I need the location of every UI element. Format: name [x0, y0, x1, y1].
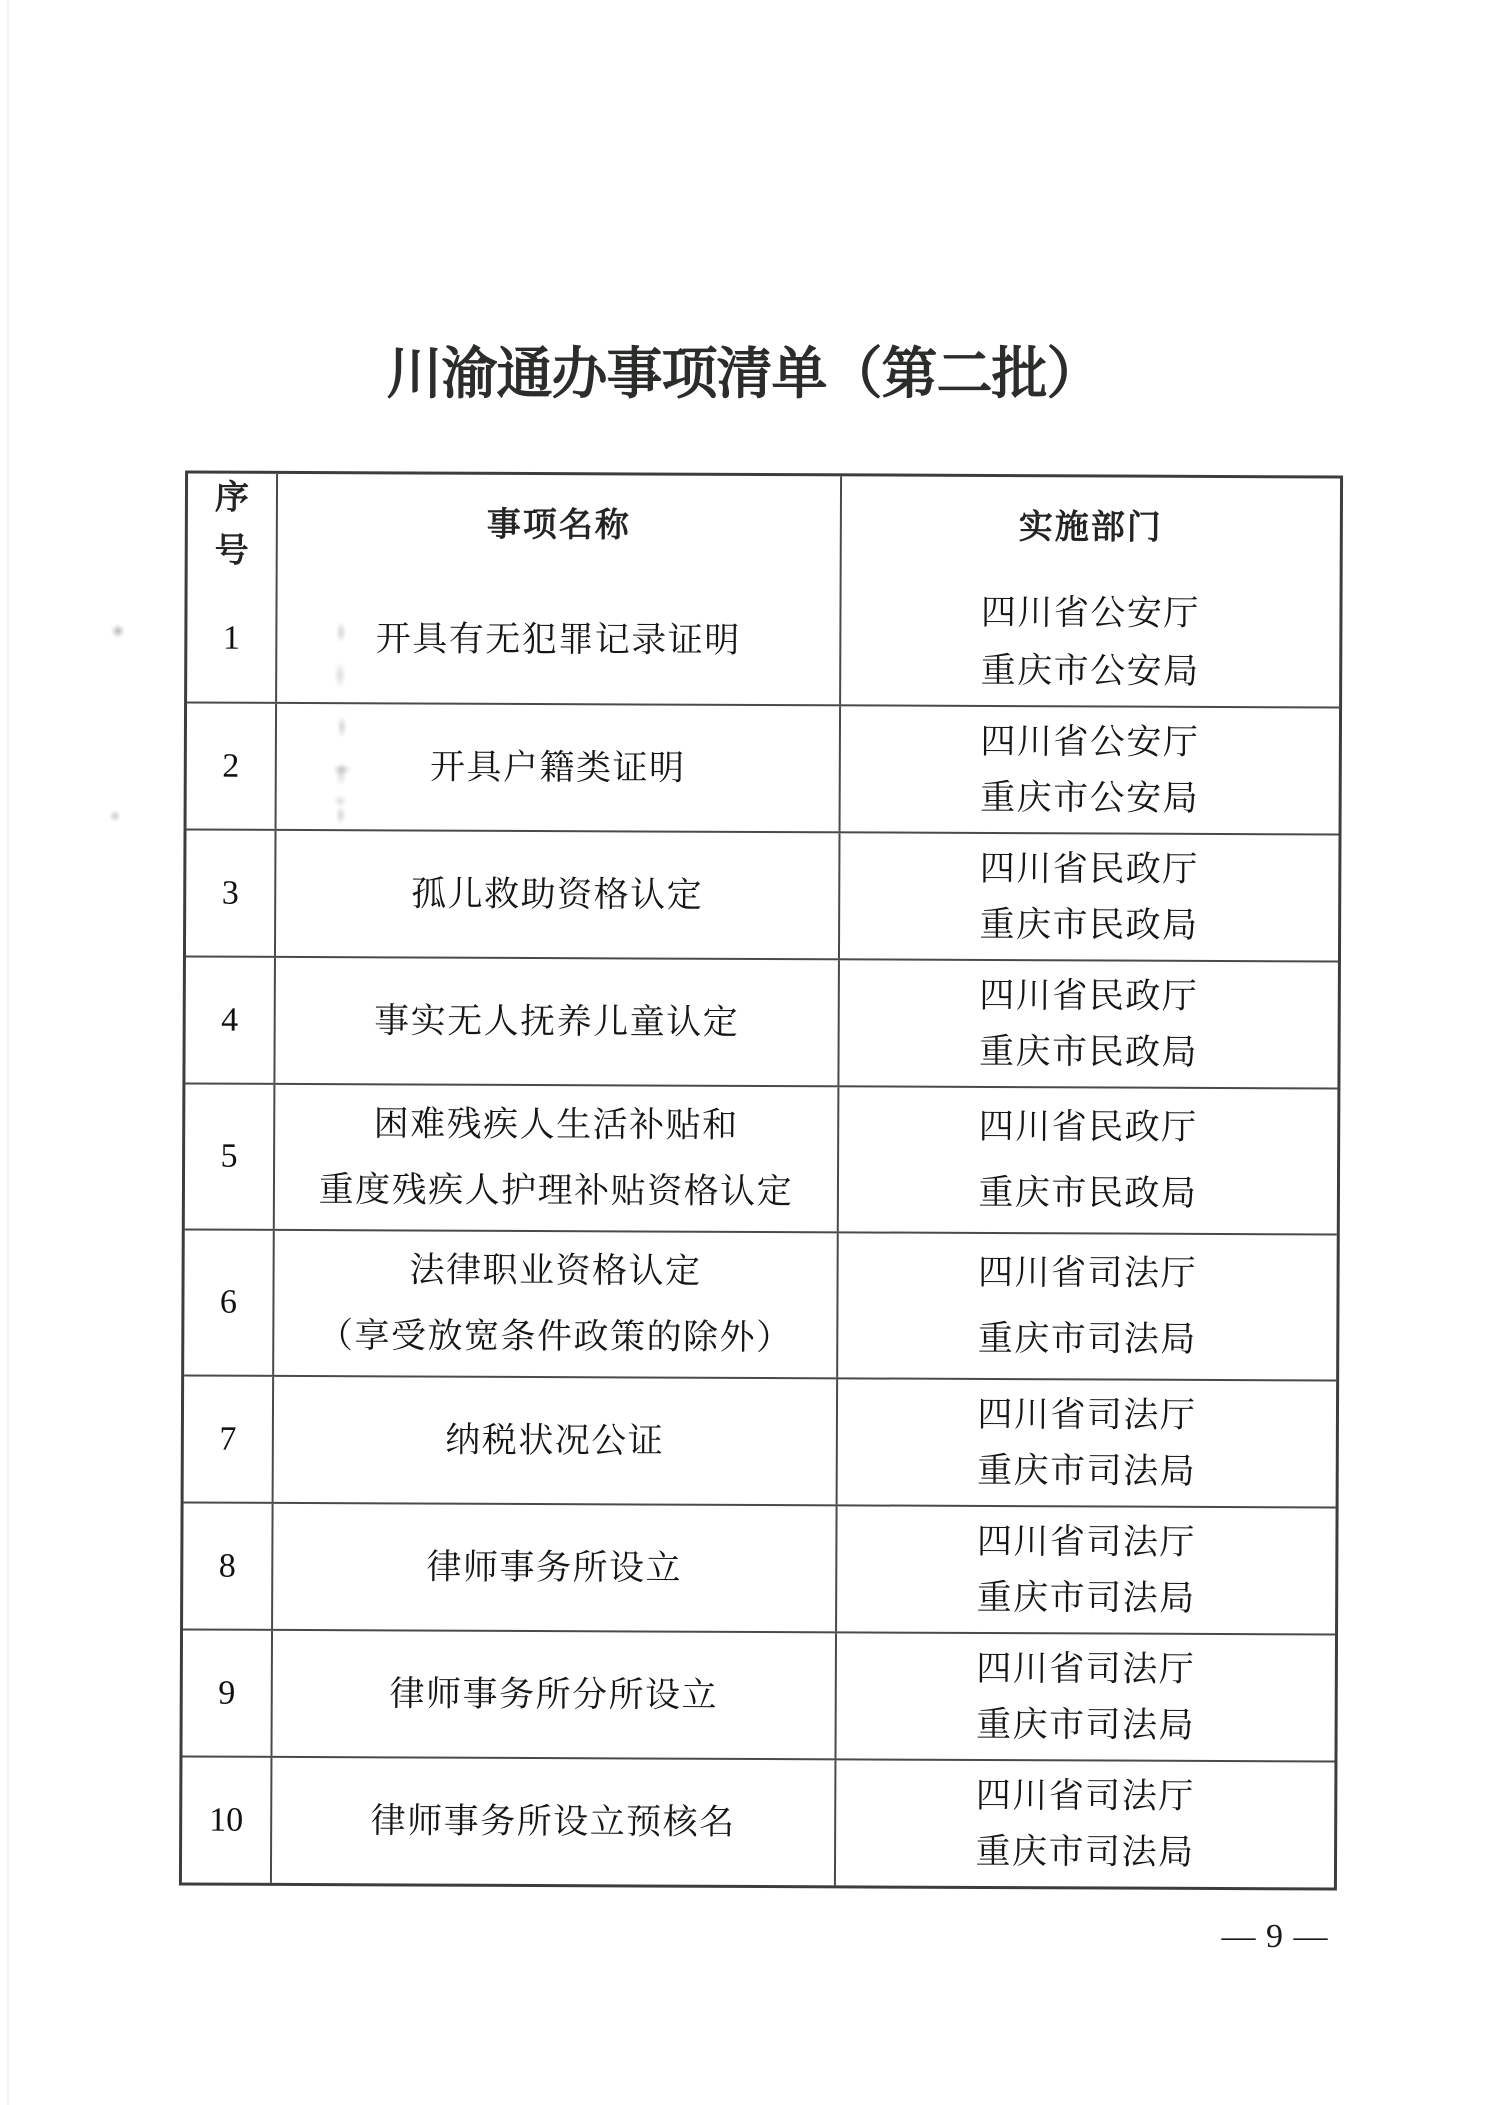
department-line: 重庆市司法局	[977, 1448, 1196, 1494]
item-name-line: 孤儿救助资格认定	[411, 871, 703, 918]
department-line: 重庆市民政局	[979, 1029, 1198, 1075]
item-name-line: 法律职业资格认定	[409, 1248, 701, 1295]
department-cell: 四川省司法厅重庆市司法局	[838, 1233, 1337, 1379]
header-index-label: 序号	[213, 473, 251, 574]
table-row: 10律师事务所设立预核名四川省司法厅重庆市司法局	[182, 1755, 1335, 1887]
item-name-cell: 困难残疾人生活补贴和重度残疾人护理补贴资格认定	[273, 1085, 840, 1231]
page-number: — 9 —	[1210, 1918, 1340, 1956]
department-line: 四川省司法厅	[977, 1518, 1196, 1564]
department-line: 四川省民政厅	[980, 845, 1199, 891]
department-cell: 四川省司法厅重庆市司法局	[838, 1379, 1337, 1506]
table-header-row: 序号 事项名称 实施部门	[188, 473, 1340, 579]
table-row: 3孤儿救助资格认定四川省民政厅重庆市民政局	[186, 828, 1339, 960]
table-body: 1开具有无犯罪记录证明四川省公安厅重庆市公安局2开具户籍类证明四川省公安厅重庆市…	[182, 574, 1340, 1887]
item-name-line: 律师事务所分所设立	[389, 1671, 718, 1718]
table-row: 6法律职业资格认定（享受放宽条件政策的除外）四川省司法厅重庆市司法局	[184, 1228, 1337, 1379]
department-cell: 四川省民政厅重庆市民政局	[840, 833, 1339, 960]
header-department-label: 实施部门	[1019, 501, 1163, 554]
row-index-cell: 10	[182, 1757, 271, 1882]
department-line: 重庆市公安局	[981, 647, 1200, 693]
department-line: 四川省公安厅	[980, 718, 1199, 764]
header-department-cell: 实施部门	[842, 476, 1340, 579]
department-cell: 四川省司法厅重庆市司法局	[836, 1760, 1335, 1887]
department-line: 四川省司法厅	[976, 1645, 1195, 1691]
row-index-cell: 6	[184, 1230, 273, 1374]
department-line: 四川省司法厅	[977, 1391, 1196, 1437]
item-name-cell: 纳税状况公证	[272, 1377, 839, 1504]
item-name-line: 律师事务所设立预核名	[371, 1798, 736, 1845]
department-cell: 四川省公安厅重庆市公安局	[841, 706, 1340, 833]
department-cell: 四川省民政厅重庆市民政局	[839, 1087, 1338, 1233]
department-cell: 四川省司法厅重庆市司法局	[837, 1506, 1336, 1633]
department-cell: 四川省民政厅重庆市民政局	[839, 960, 1338, 1087]
item-name-cell: 开具有无犯罪记录证明	[275, 575, 842, 704]
table-row: 4事实无人抚养儿童认定四川省民政厅重庆市民政局	[185, 955, 1338, 1087]
row-index: 10	[209, 1801, 243, 1839]
department-line: 四川省司法厅	[978, 1250, 1197, 1296]
department-line: 重庆市民政局	[980, 902, 1199, 948]
department-line: 四川省民政厅	[979, 1104, 1198, 1150]
item-name-line: 开具有无犯罪记录证明	[376, 616, 741, 663]
row-index: 9	[218, 1674, 235, 1712]
row-index-cell: 3	[186, 830, 275, 955]
department-line: 重庆市司法局	[977, 1575, 1196, 1621]
table-row: 2开具户籍类证明四川省公安厅重庆市公安局	[187, 701, 1340, 833]
item-name-line: 困难残疾人生活补贴和	[374, 1102, 739, 1149]
department-line: 重庆市司法局	[975, 1829, 1194, 1875]
item-name-line: 重度残疾人护理补贴资格认定	[319, 1167, 794, 1215]
department-line: 四川省司法厅	[976, 1772, 1195, 1818]
row-index: 4	[221, 1001, 238, 1039]
row-index-cell: 5	[185, 1084, 274, 1228]
department-line: 四川省民政厅	[979, 972, 1198, 1018]
item-name-cell: 孤儿救助资格认定	[274, 831, 841, 958]
item-name-line: 纳税状况公证	[445, 1417, 664, 1463]
table-row: 7纳税状况公证四川省司法厅重庆市司法局	[184, 1374, 1337, 1506]
row-index: 6	[220, 1284, 237, 1322]
row-index: 7	[219, 1420, 236, 1458]
item-name-cell: 律师事务所设立预核名	[270, 1758, 837, 1885]
item-name-line: 事实无人抚养儿童认定	[374, 998, 739, 1045]
item-name-cell: 开具户籍类证明	[275, 704, 842, 831]
department-line: 重庆市司法局	[978, 1316, 1197, 1362]
item-name-line: （享受放宽条件政策的除外）	[318, 1313, 793, 1361]
department-line: 重庆市司法局	[976, 1702, 1195, 1748]
department-cell: 四川省公安厅重庆市公安局	[841, 577, 1340, 706]
scan-speck-artifact	[110, 624, 126, 638]
department-cell: 四川省司法厅重庆市司法局	[836, 1633, 1335, 1760]
department-line: 重庆市民政局	[978, 1170, 1197, 1216]
table-row: 8律师事务所设立四川省司法厅重庆市司法局	[183, 1501, 1336, 1633]
row-index-cell: 9	[182, 1630, 271, 1755]
row-index-cell: 8	[183, 1503, 272, 1628]
items-table-grid: 序号 事项名称 实施部门 1开具有无犯罪记录证明四川省公安厅重庆市公安局2开具户…	[179, 470, 1343, 1890]
row-index-cell: 7	[184, 1376, 273, 1501]
item-name-line: 律师事务所设立	[426, 1544, 682, 1591]
row-index: 3	[222, 874, 239, 912]
header-item-name-label: 事项名称	[487, 499, 631, 552]
row-index: 1	[223, 619, 240, 657]
item-name-cell: 事实无人抚养儿童认定	[273, 958, 840, 1085]
row-index: 8	[219, 1547, 236, 1585]
items-table: 序号 事项名称 实施部门 1开具有无犯罪记录证明四川省公安厅重庆市公安局2开具户…	[179, 470, 1343, 1890]
item-name-cell: 律师事务所分所设立	[270, 1631, 837, 1758]
row-index-cell: 4	[185, 957, 274, 1082]
header-item-name-cell: 事项名称	[276, 474, 842, 577]
scan-speck-artifact	[108, 810, 122, 822]
item-name-line: 开具户籍类证明	[430, 744, 686, 791]
row-index-cell: 1	[187, 574, 276, 701]
row-index-cell: 2	[187, 703, 276, 828]
department-line: 重庆市公安局	[980, 775, 1199, 821]
department-line: 四川省公安厅	[981, 590, 1200, 636]
header-index-cell: 序号	[188, 473, 276, 574]
page-title: 川渝通办事项清单（第二批）	[0, 330, 1488, 410]
scan-edge-artifact	[7, 0, 9, 2105]
table-row: 5困难残疾人生活补贴和重度残疾人护理补贴资格认定四川省民政厅重庆市民政局	[185, 1082, 1338, 1233]
row-index: 5	[221, 1138, 238, 1176]
row-index: 2	[222, 747, 239, 785]
item-name-cell: 律师事务所设立	[271, 1504, 838, 1631]
item-name-cell: 法律职业资格认定（享受放宽条件政策的除外）	[272, 1231, 839, 1377]
table-row: 9律师事务所分所设立四川省司法厅重庆市司法局	[182, 1628, 1335, 1760]
table-row: 1开具有无犯罪记录证明四川省公安厅重庆市公安局	[187, 574, 1340, 706]
